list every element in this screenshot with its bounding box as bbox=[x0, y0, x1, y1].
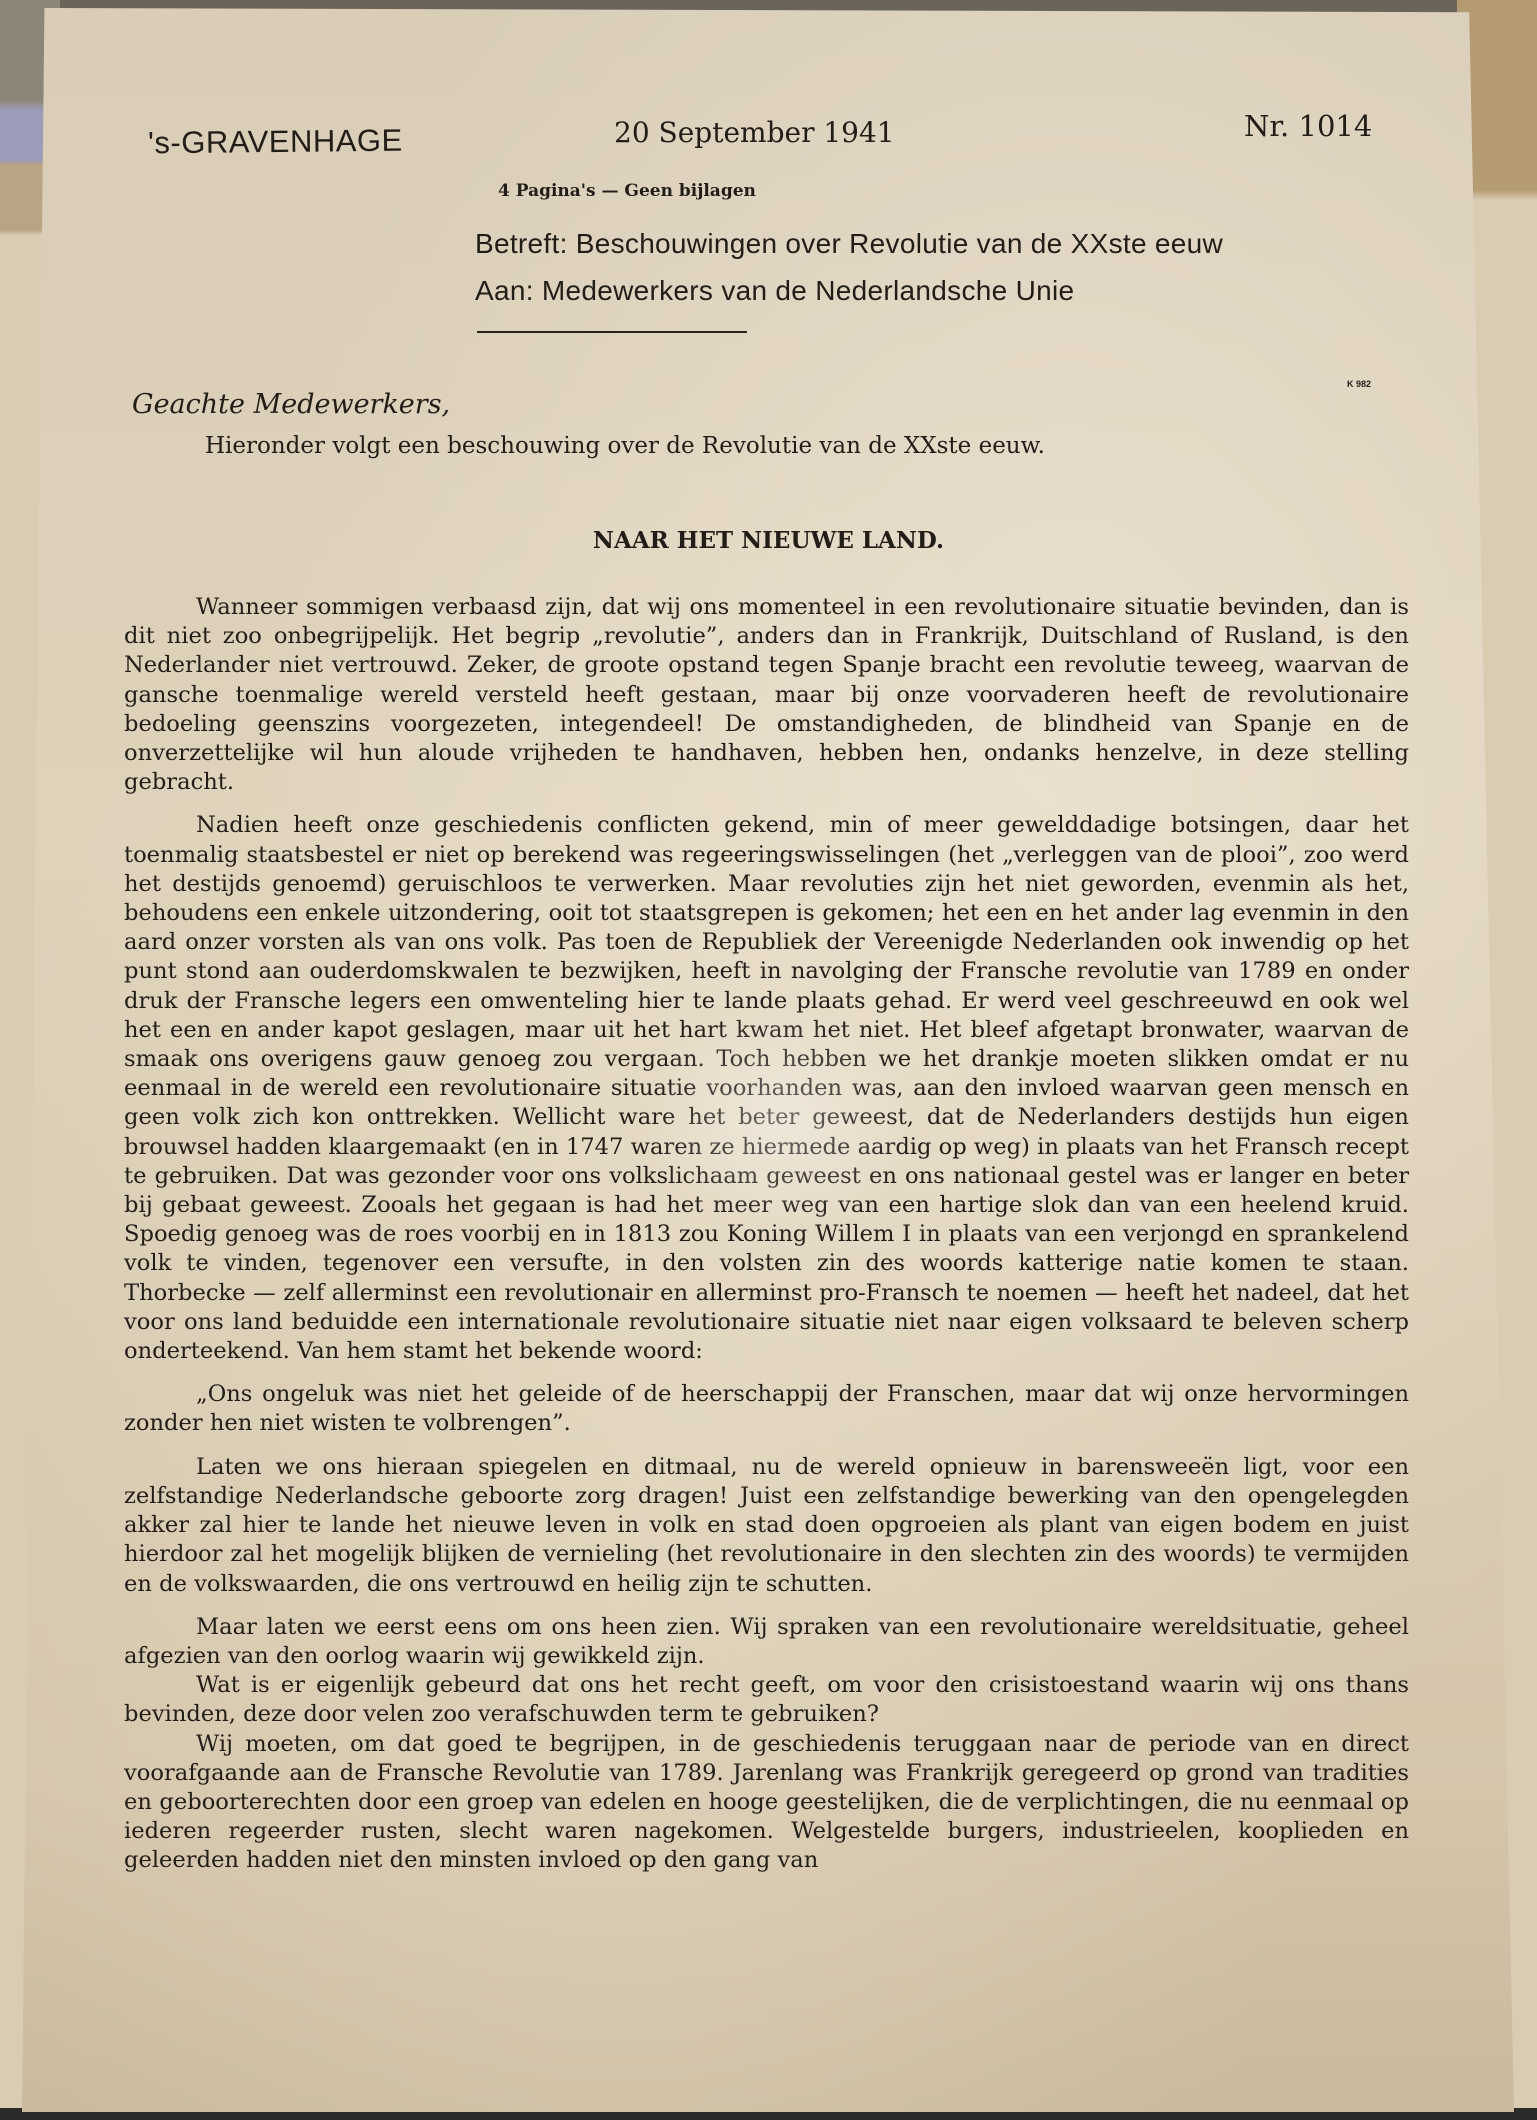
paragraph: Laten we ons hieraan spiegelen en ditmaa… bbox=[124, 1453, 1409, 1599]
paragraph: Wat is er eigenlijk gebeurd dat ons het … bbox=[124, 1671, 1409, 1729]
paragraph: Wanneer sommigen verbaasd zijn, dat wij … bbox=[124, 593, 1409, 797]
city-header: 's-GRAVENHAGE bbox=[148, 123, 403, 162]
subject-line: Betreft: Beschouwingen over Revolutie va… bbox=[475, 228, 1223, 260]
article-body: Wanneer sommigen verbaasd zijn, dat wij … bbox=[124, 593, 1409, 1876]
recipient-line: Aan: Medewerkers van de Nederlandsche Un… bbox=[475, 275, 1074, 307]
quotation: „Ons ongeluk was niet het geleide of de … bbox=[124, 1380, 1409, 1438]
paragraph: Wij moeten, om dat goed te begrijpen, in… bbox=[124, 1730, 1409, 1876]
pages-note: 4 Pagina's — Geen bijlagen bbox=[498, 181, 756, 201]
article-title: NAAR HET NIEUWE LAND. bbox=[0, 527, 1537, 554]
intro-line: Hieronder volgt een beschouwing over de … bbox=[205, 433, 1045, 459]
header-divider bbox=[477, 331, 747, 333]
paragraph: Maar laten we eerst eens om ons heen zie… bbox=[124, 1613, 1409, 1671]
document: 's-GRAVENHAGE 20 September 1941 Nr. 1014… bbox=[0, 0, 1537, 2120]
document-number: Nr. 1014 bbox=[1244, 109, 1372, 143]
paragraph: Nadien heeft onze geschiedenis conflicte… bbox=[124, 811, 1409, 1366]
reference-code: K 982 bbox=[1347, 379, 1371, 389]
document-date: 20 September 1941 bbox=[614, 116, 895, 149]
salutation: Geachte Medewerkers, bbox=[132, 389, 450, 420]
